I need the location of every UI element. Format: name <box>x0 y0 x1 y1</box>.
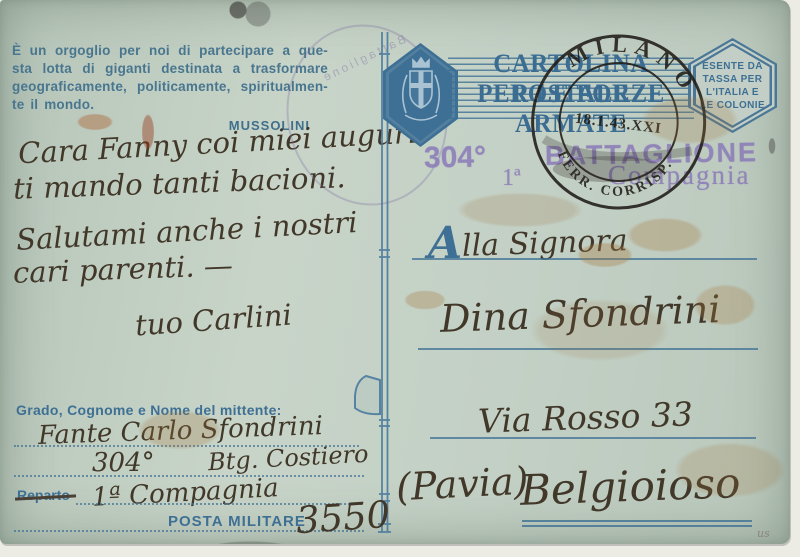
propaganda-line: geograficamente, politicamente, spiritua… <box>12 79 328 94</box>
propaganda-line: te il mondo. <box>12 97 94 112</box>
postmark-stamp: MILANO 18.1.43.XXI FERR. CORRISP. <box>511 7 726 231</box>
sender-rule-2 <box>14 475 364 477</box>
message-line-4: cari parenti. — <box>12 248 233 290</box>
address-rule-4 <box>522 520 752 527</box>
address-line-3: Via Rosso 33 <box>477 394 693 440</box>
svg-text:MILANO: MILANO <box>558 24 708 101</box>
address-province: (Pavia) <box>395 459 530 510</box>
address-rule-2 <box>418 348 758 350</box>
savoy-coat-of-arms-icon <box>399 55 443 135</box>
address-printed-initial: A <box>428 218 462 269</box>
unit-stamp-number: 304° <box>424 140 487 175</box>
address-line-2: Dina Sfondrini <box>439 287 721 341</box>
sender-reparto-label: Reparto <box>17 487 70 503</box>
propaganda-text: È un orgoglio per noi di partecipare a q… <box>12 42 328 134</box>
propaganda-line: sta lotta di giganti destinata a trasfor… <box>12 61 328 76</box>
sender-company: 1ª Compagnia <box>91 473 279 513</box>
corner-pencil-note: us <box>757 527 770 540</box>
military-post-label: POSTA MILITARE <box>168 513 306 530</box>
address-rule-1 <box>412 258 757 260</box>
address-rule-3 <box>430 437 756 439</box>
propaganda-line: È un orgoglio per noi di partecipare a q… <box>12 43 328 58</box>
address-town: Belgioioso <box>519 458 741 515</box>
military-post-number: 3550 <box>295 493 392 542</box>
sender-unit-number: 304° <box>92 448 155 478</box>
postmark-date: 18.1.43.XXI <box>574 111 663 138</box>
postcard: È un orgoglio per noi di partecipare a q… <box>0 0 790 544</box>
message-signature: tuo Carlini <box>134 298 293 343</box>
postmark-city: MILANO <box>558 24 708 101</box>
